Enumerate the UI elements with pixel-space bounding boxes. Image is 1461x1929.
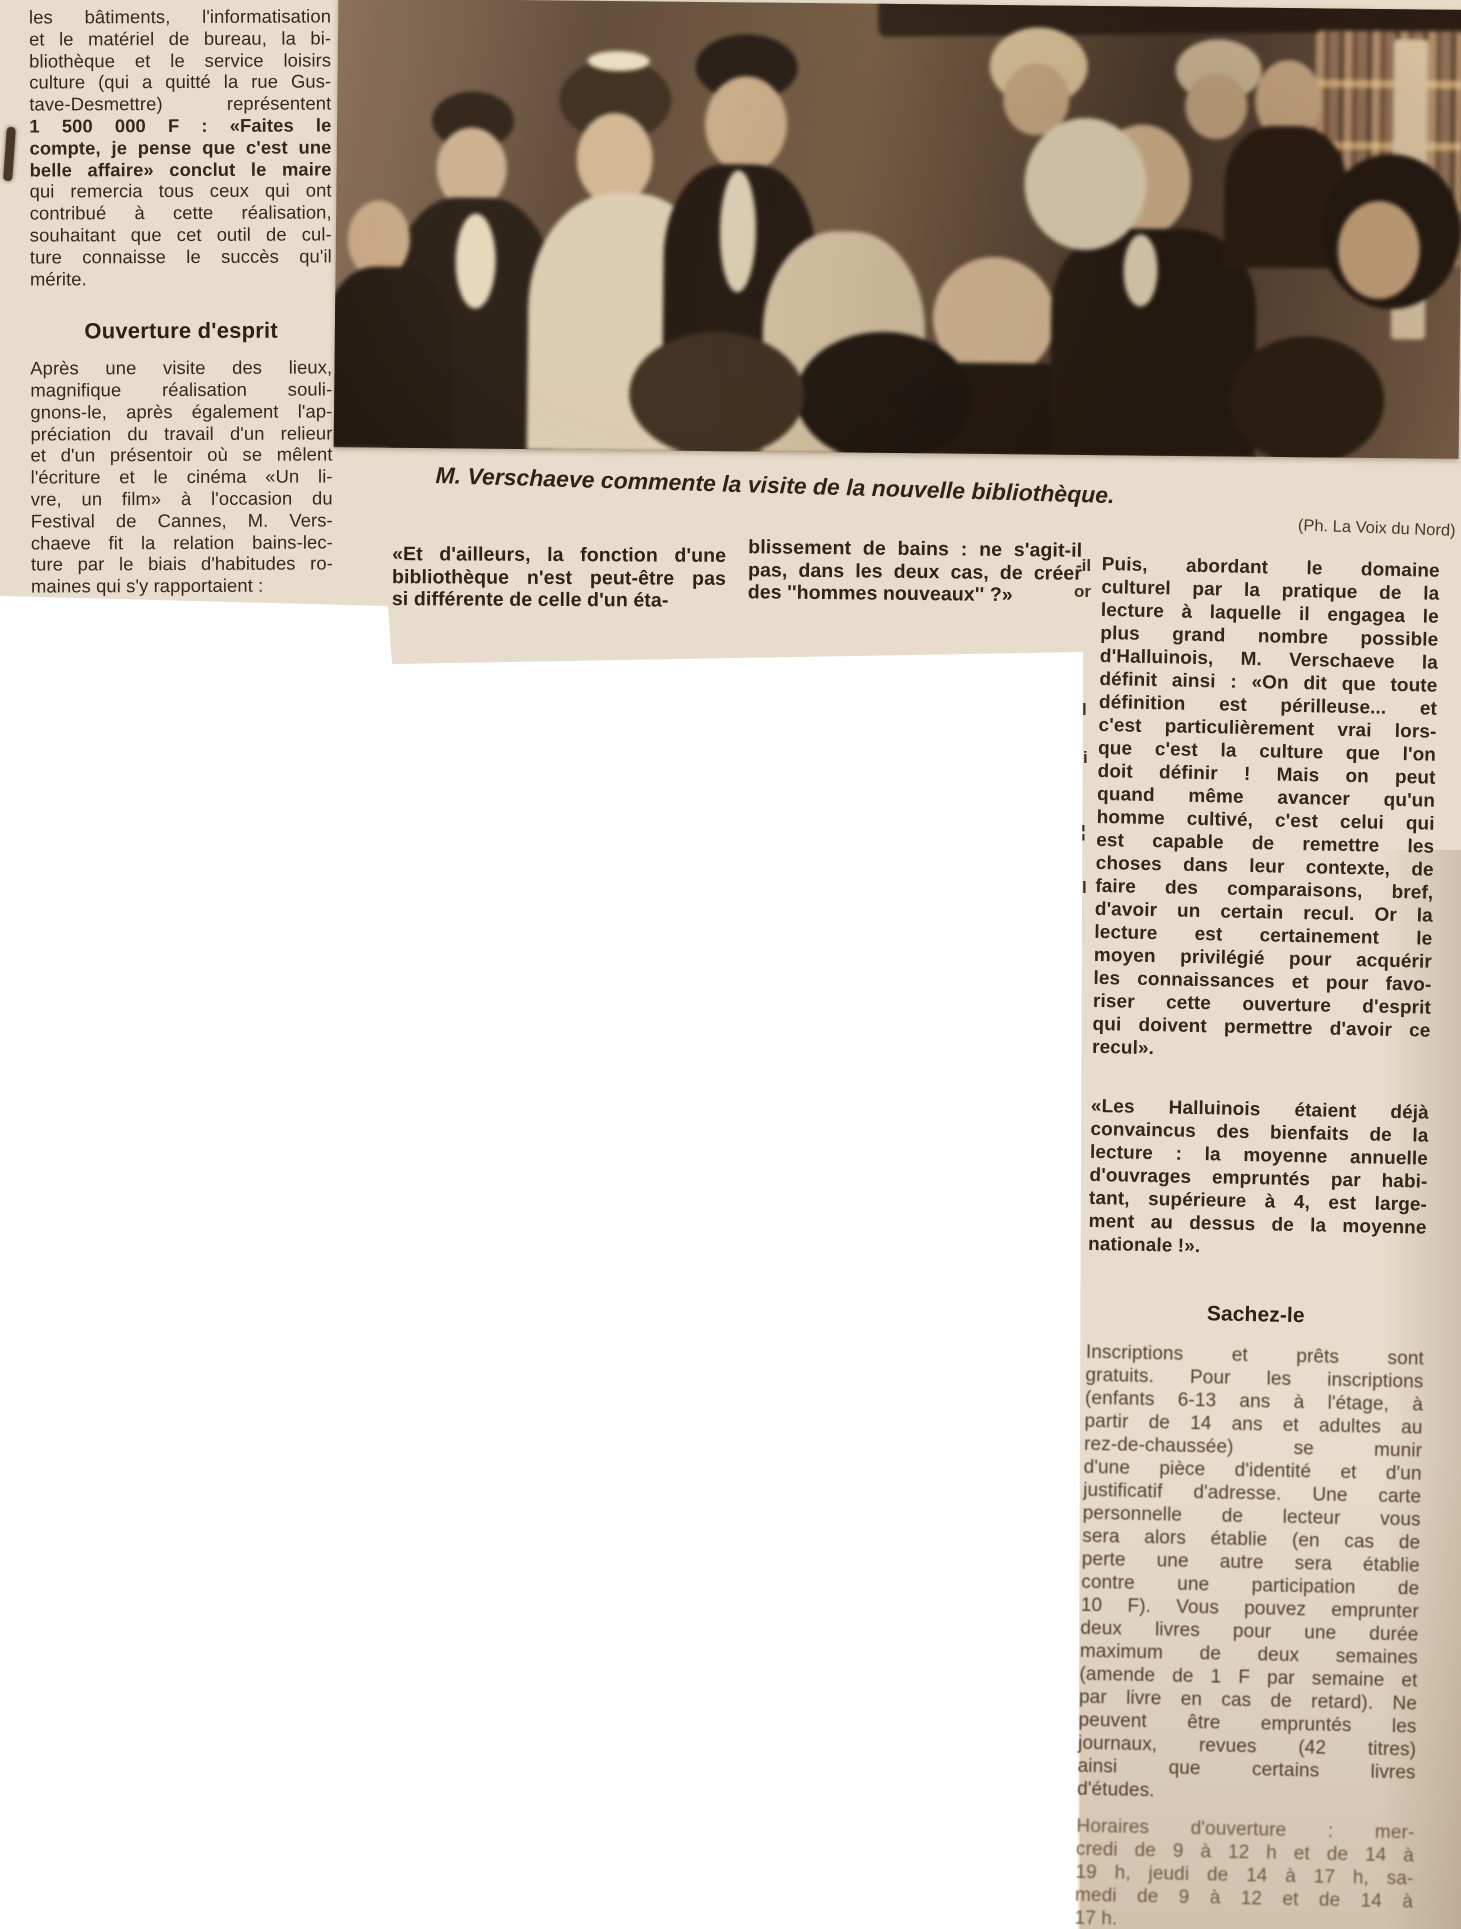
edge-fragment: or [1074, 582, 1091, 602]
edge-fragment: ¦ [1081, 822, 1086, 842]
right-column-paragraph-4: Horaires d'ouverture : mer-credi de 9 à … [1074, 1815, 1414, 1929]
edge-fragment: -il [1076, 556, 1091, 576]
text-line: tave-Desmettre) représentent [29, 93, 331, 116]
text-line: chaeve fit la relation bains-lec- [31, 531, 333, 554]
text-line: gnons-le, après également l'ap- [30, 400, 332, 423]
text-line: culture (qui a quitté la rue Gus- [29, 71, 331, 94]
text-line: compte, je pense que c'est une [29, 136, 331, 159]
text-line: souhaitant que cet outil de cul- [30, 223, 332, 246]
text-line: et le matériel de bureau, la bi- [29, 27, 331, 50]
edge-fragment: l [1082, 878, 1087, 898]
left-column: les bâtiments, l'informatisationet le ma… [29, 5, 333, 597]
text-line: magnifique réalisation souli- [30, 378, 332, 401]
text-line: des ''hommes nouveaux'' ?» [748, 581, 1082, 607]
edge-fragment: l [1082, 700, 1087, 720]
right-column-paragraph-1: Puis, abordant le domaineculturel par la… [1092, 553, 1440, 1066]
right-column: Puis, abordant le domaineculturel par la… [1074, 553, 1440, 1929]
mid-column-2: blissement de bains : ne s'agit-ilpas, d… [748, 536, 1083, 607]
section-heading-sachez-le: Sachez-le [1087, 1300, 1425, 1330]
text-line: blissement de bains : ne s'agit-il [748, 536, 1082, 562]
text-line: bibliothèque n'est peut-être pas [392, 566, 726, 590]
text-line: 1 500 000 F : «Faites le [29, 114, 331, 137]
photo-grain [334, 0, 1461, 459]
left-column-paragraph-1: les bâtiments, l'informatisationet le ma… [29, 5, 332, 289]
text-line: contribué à cette réalisation, [30, 202, 332, 225]
right-column-paragraph-3: Inscriptions et prêts sontgratuits. Pour… [1077, 1341, 1424, 1808]
text-line: préciation du travail d'un relieur [30, 422, 332, 445]
edge-fragment: i [1083, 748, 1088, 768]
text-line: mérite. [30, 267, 332, 290]
section-heading-ouverture: Ouverture d'esprit [30, 320, 332, 343]
text-line: ture connaisse le succès qu'il [30, 245, 332, 268]
text-line: Festival de Cannes, M. Vers- [31, 509, 333, 532]
text-line: les bâtiments, l'informatisation [29, 5, 331, 28]
text-line: qui remercia tous ceux qui ont [30, 180, 332, 203]
right-column-paragraph-2: «Les Halluinois étaient déjàconvaincus d… [1088, 1095, 1429, 1263]
text-line: si différente de celle d'un éta- [392, 588, 726, 612]
text-line: Après une visite des lieux, [30, 357, 332, 380]
text-line: «Et d'ailleurs, la fonction d'une [392, 543, 726, 567]
mid-column-1: «Et d'ailleurs, la fonction d'unebibliot… [392, 543, 726, 613]
text-line: et d'un présentoir où se mêlent [30, 444, 332, 467]
text-line: maines qui s'y rapportaient : [31, 575, 333, 598]
text-line: belle affaire» conclut le maire [30, 158, 332, 181]
text-line: vre, un film» à l'occasion du [31, 487, 333, 510]
left-column-paragraph-2: Après une visite des lieux,magnifique ré… [30, 357, 333, 598]
text-line: l'écriture et le cinéma «Un li- [31, 466, 333, 489]
news-photo [334, 0, 1461, 459]
text-line: bliothèque et le service loisirs [29, 49, 331, 72]
text-line: ture par le biais d'habitudes ro- [31, 553, 333, 576]
